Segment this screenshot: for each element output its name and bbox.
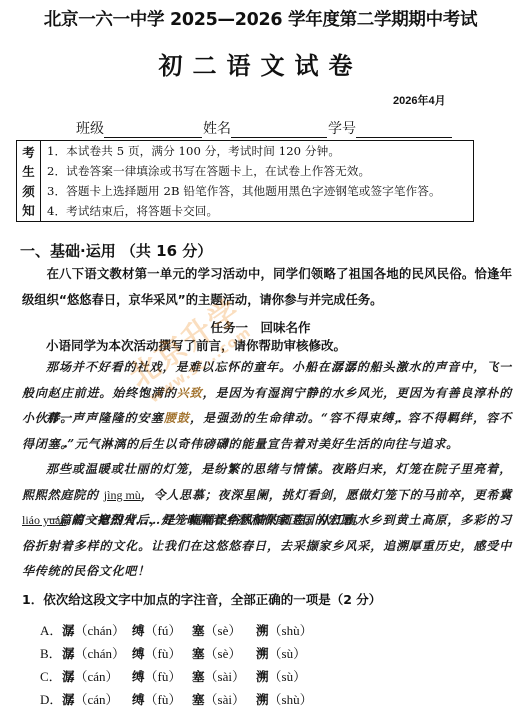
essay-text: 那一声声隆隆的安塞 (46, 411, 164, 425)
student-id-blank[interactable] (356, 124, 452, 138)
dotted-char: 塞 (48, 437, 61, 451)
option-pinyin: （fú） (145, 623, 182, 638)
option-letter: D． (40, 689, 62, 708)
option-entry: 缚（fù） (132, 643, 192, 662)
option-char: 缚 (132, 692, 145, 707)
option-pinyin: （sè） (205, 646, 242, 661)
student-info-line: 班级 姓名 学号 (76, 118, 453, 138)
dotted-char: 溯 (396, 539, 409, 553)
option-entry: 缚（fú） (132, 620, 192, 639)
essay-text: ，令人思慕；夜深星阑，挑灯看剑，愿做灯笼下的马前卒，更希冀 (141, 488, 512, 502)
option-pinyin: （chán） (75, 623, 126, 638)
pinyin-blank: jìng mù (104, 488, 141, 502)
option-pinyin: （cán） (75, 669, 119, 684)
option-char: 潺 (62, 646, 75, 661)
essay-paragraph-4: 一篇篇文章的背后，是一幅幅民俗风情的画卷。从江南水乡到黄土高原，多彩的习俗折射着… (22, 508, 512, 585)
task-title: 任务一 回味名作 (0, 318, 521, 336)
option-entry: 缚（fù） (132, 666, 192, 685)
option-c: C． 潺（cán） 缚（fù） 塞（sài） 溯（sù） (40, 664, 326, 687)
option-pinyin: （fù） (145, 692, 182, 707)
option-entry: 塞（sài） (192, 689, 256, 708)
section-intro: 在八下语文教材第一单元的学习活动中，同学们领略了祖国各地的民风民俗。恰逢年级组织… (22, 262, 512, 313)
option-entry: 潺（cán） (62, 666, 132, 685)
option-letter: C． (40, 666, 62, 685)
option-pinyin: （cán） (75, 692, 119, 707)
option-char: 潺 (62, 669, 75, 684)
section-heading: 一、基础·运用 （共 16 分） (20, 240, 212, 261)
exam-title: 北京一六一中学 2025—2026 学年度第二学期期中考试 (0, 6, 521, 31)
option-entry: 潺（chán） (62, 620, 132, 639)
dotted-char: 缚 (381, 411, 394, 425)
student-id-label: 学号 (328, 118, 356, 138)
option-pinyin: （sài） (205, 669, 245, 684)
essay-text: 。”元气淋漓的后生以奇伟磅礴的能量宣告着对美好生活的向往与追求。 (60, 437, 459, 451)
question-1-stem: 1．依次给这段文字中加点的字注音，全部正确的一项是（2 分） (22, 590, 381, 608)
task-description: 小语同学为本次活动撰写了前言，请你帮助审核修改。 (46, 336, 346, 354)
notice-item: 4．考试结束后，将答题卡交回。 (47, 203, 467, 219)
option-pinyin: （shù） (269, 692, 313, 707)
notice-item: 3．答题卡上选择题用 2B 铅笔作答，其他题用黑色字迹钢笔或签字笔作答。 (47, 183, 467, 199)
option-char: 溯 (256, 646, 269, 661)
option-a: A． 潺（chán） 缚（fú） 塞（sè） 溯（shù） (40, 618, 326, 641)
option-char: 溯 (256, 669, 269, 684)
option-pinyin: （sù） (269, 646, 307, 661)
exam-date: 2026年4月 (393, 92, 446, 108)
question-1-options: A． 潺（chán） 缚（fú） 塞（sè） 溯（shù） B． 潺（chán）… (40, 618, 326, 710)
option-pinyin: （chán） (75, 646, 126, 661)
name-blank[interactable] (231, 124, 327, 138)
option-pinyin: （sù） (269, 669, 307, 684)
option-char: 潺 (62, 692, 75, 707)
notice-item: 1．本试卷共 5 页，满分 100 分，考试时间 120 分钟。 (47, 143, 467, 159)
essay-text: 那场并不好看的社戏，是难以忘怀的童年。小船在 (46, 360, 331, 374)
option-entry: 缚（fù） (132, 689, 192, 708)
option-pinyin: （shù） (269, 623, 313, 638)
class-blank[interactable] (104, 124, 202, 138)
name-label: 姓名 (203, 118, 231, 138)
student-id-field[interactable]: 学号 (328, 118, 453, 138)
dotted-char: 潺 (331, 360, 344, 374)
option-pinyin: （fù） (145, 669, 182, 684)
exam-subtitle: 初二语文试卷 (0, 46, 521, 81)
essay-paragraph-2: 那一声声隆隆的安塞腰鼓，是强劲的生命律动。“容不得束缚，容不得羁绊，容不得闭塞。… (22, 406, 512, 457)
option-entry: 溯（shù） (256, 620, 326, 639)
name-field[interactable]: 姓名 (203, 118, 328, 138)
option-char: 塞 (192, 692, 205, 707)
option-entry: 溯（shù） (256, 689, 326, 708)
exam-page: 北京一六一中学 2025—2026 学年度第二学期期中考试 初二语文试卷 202… (0, 0, 521, 719)
option-b: B． 潺（chán） 缚（fù） 塞（sè） 溯（sù） (40, 641, 326, 664)
option-pinyin: （sè） (205, 623, 242, 638)
option-char: 溯 (256, 623, 269, 638)
option-char: 缚 (132, 669, 145, 684)
option-char: 溯 (256, 692, 269, 707)
option-char: 塞 (192, 646, 205, 661)
option-entry: 潺（chán） (62, 643, 132, 662)
highlighted-text: 腰鼓 (164, 411, 190, 425)
option-entry: 潺（cán） (62, 689, 132, 708)
option-letter: A． (40, 620, 62, 639)
option-pinyin: （sài） (205, 692, 245, 707)
notice-item: 2．试卷答案一律填涂或书写在答题卡上，在试卷上作答无效。 (47, 163, 467, 179)
highlighted-text: 兴致 (177, 386, 203, 400)
option-entry: 溯（sù） (256, 666, 326, 685)
notice-side-char: 考 (22, 143, 35, 161)
option-char: 塞 (192, 669, 205, 684)
option-char: 塞 (192, 623, 205, 638)
option-pinyin: （fù） (145, 646, 182, 661)
essay-text: ，是强劲的生命律动。“容不得束 (190, 411, 381, 425)
notice-side-char: 知 (22, 201, 35, 219)
option-char: 缚 (132, 623, 145, 638)
option-d: D． 潺（cán） 缚（fù） 塞（sài） 溯（shù） (40, 687, 326, 710)
option-entry: 溯（sù） (256, 643, 326, 662)
notice-side-char: 生 (22, 162, 35, 180)
notice-side-char: 须 (22, 182, 35, 200)
option-entry: 塞（sè） (192, 620, 256, 639)
class-field[interactable]: 班级 (76, 118, 203, 138)
notice-items: 1．本试卷共 5 页，满分 100 分，考试时间 120 分钟。 2．试卷答案一… (41, 141, 473, 221)
option-letter: B． (40, 643, 62, 662)
option-char: 潺 (62, 623, 75, 638)
option-entry: 塞（sài） (192, 666, 256, 685)
notice-side-label: 考 生 须 知 (17, 141, 41, 221)
exam-notice-box: 考 生 须 知 1．本试卷共 5 页，满分 100 分，考试时间 120 分钟。… (16, 140, 474, 222)
option-char: 缚 (132, 646, 145, 661)
option-entry: 塞（sè） (192, 643, 256, 662)
class-label: 班级 (76, 118, 104, 138)
